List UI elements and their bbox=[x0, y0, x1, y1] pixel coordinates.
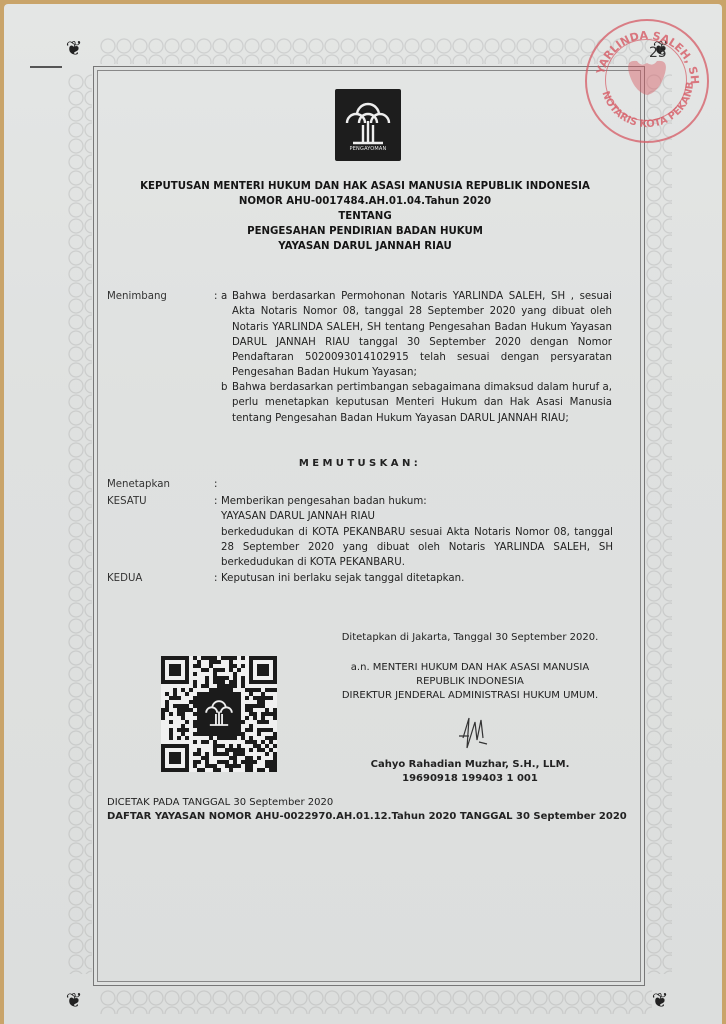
corner-ornament-icon: ❦ bbox=[63, 989, 85, 1011]
kesatu-label: KESATU bbox=[107, 494, 147, 509]
garuda-emblem-icon: YARLINDA SALEH, SH NOTARIS KOTA PEKANBAR… bbox=[587, 21, 707, 141]
colon: : bbox=[214, 494, 217, 509]
item-letter-b: b bbox=[221, 380, 227, 395]
signatory-position: DIREKTUR JENDERAL ADMINISTRASI HUKUM UMU… bbox=[320, 689, 620, 703]
signature-place-date: Ditetapkan di Jakarta, Tanggal 30 Septem… bbox=[320, 631, 620, 645]
notary-stamp: YARLINDA SALEH, SH NOTARIS KOTA PEKANBAR… bbox=[585, 19, 709, 143]
corner-ornament-icon: ❦ bbox=[63, 37, 85, 59]
kesatu-line-3: berkedudukan di KOTA PEKANBARU sesuai Ak… bbox=[221, 525, 613, 571]
kesatu-foundation: YAYASAN DARUL JANNAH RIAU bbox=[221, 509, 613, 524]
signatory-nip: 19690918 199403 1 001 bbox=[320, 772, 620, 786]
decree-title: KEPUTUSAN MENTERI HUKUM DAN HAK ASASI MA… bbox=[100, 179, 630, 254]
registry-number: DAFTAR YAYASAN NOMOR AHU-0022970.AH.01.1… bbox=[107, 811, 627, 822]
decorative-border-bottom bbox=[100, 990, 652, 1014]
svg-text:25: 25 bbox=[649, 45, 667, 61]
menimbang-item-a: Bahwa berdasarkan Permohonan Notaris YAR… bbox=[232, 289, 612, 381]
signatory-name: Cahyo Rahadian Muzhar, S.H., LLM. bbox=[320, 758, 620, 772]
decree-tentang: TENTANG bbox=[100, 209, 630, 224]
decorative-border-left bbox=[68, 74, 92, 974]
memutuskan-heading: MEMUTUSKAN: bbox=[100, 458, 620, 469]
foundation-name: YAYASAN DARUL JANNAH RIAU bbox=[100, 239, 630, 254]
item-letter-a: a bbox=[221, 289, 227, 304]
kedua-text: Keputusan ini berlaku sejak tanggal dite… bbox=[221, 571, 464, 586]
kedua-label: KEDUA bbox=[107, 571, 142, 586]
decree-heading: KEPUTUSAN MENTERI HUKUM DAN HAK ASASI MA… bbox=[100, 179, 630, 194]
kesatu-line-1: Memberikan pengesahan badan hukum: bbox=[221, 494, 613, 509]
kesatu-content: Memberikan pengesahan badan hukum: YAYAS… bbox=[221, 494, 613, 570]
qr-code[interactable] bbox=[161, 656, 277, 772]
logo-caption: PENGAYOMAN bbox=[335, 146, 401, 152]
margin-mark bbox=[30, 66, 62, 68]
colon: : bbox=[214, 289, 217, 304]
decree-number: NOMOR AHU-0017484.AH.01.04.Tahun 2020 bbox=[100, 194, 630, 209]
menetapkan-label: Menetapkan bbox=[107, 477, 170, 492]
signature-block: a.n. MENTERI HUKUM DAN HAK ASASI MANUSIA… bbox=[320, 661, 620, 703]
pengayoman-tree-icon bbox=[197, 692, 241, 736]
menimbang-label: Menimbang bbox=[107, 289, 167, 304]
decree-subject: PENGESAHAN PENDIRIAN BADAN HUKUM bbox=[100, 224, 630, 239]
colon: : bbox=[214, 477, 217, 492]
qr-center-logo bbox=[197, 692, 241, 736]
on-behalf-line-2: REPUBLIK INDONESIA bbox=[320, 675, 620, 689]
signatory: Cahyo Rahadian Muzhar, S.H., LLM. 196909… bbox=[320, 758, 620, 786]
on-behalf-line-1: a.n. MENTERI HUKUM DAN HAK ASASI MANUSIA bbox=[320, 661, 620, 675]
corner-ornament-icon: ❦ bbox=[649, 989, 671, 1011]
signature-scribble-icon bbox=[455, 708, 495, 754]
decorative-border-right bbox=[646, 74, 672, 974]
menimbang-item-b: Bahwa berdasarkan pertimbangan sebagaima… bbox=[232, 380, 612, 426]
colon: : bbox=[214, 571, 217, 586]
decorative-border-top bbox=[100, 38, 652, 64]
printed-date: DICETAK PADA TANGGAL 30 September 2020 bbox=[107, 797, 333, 808]
pengayoman-logo: PENGAYOMAN bbox=[335, 89, 401, 161]
